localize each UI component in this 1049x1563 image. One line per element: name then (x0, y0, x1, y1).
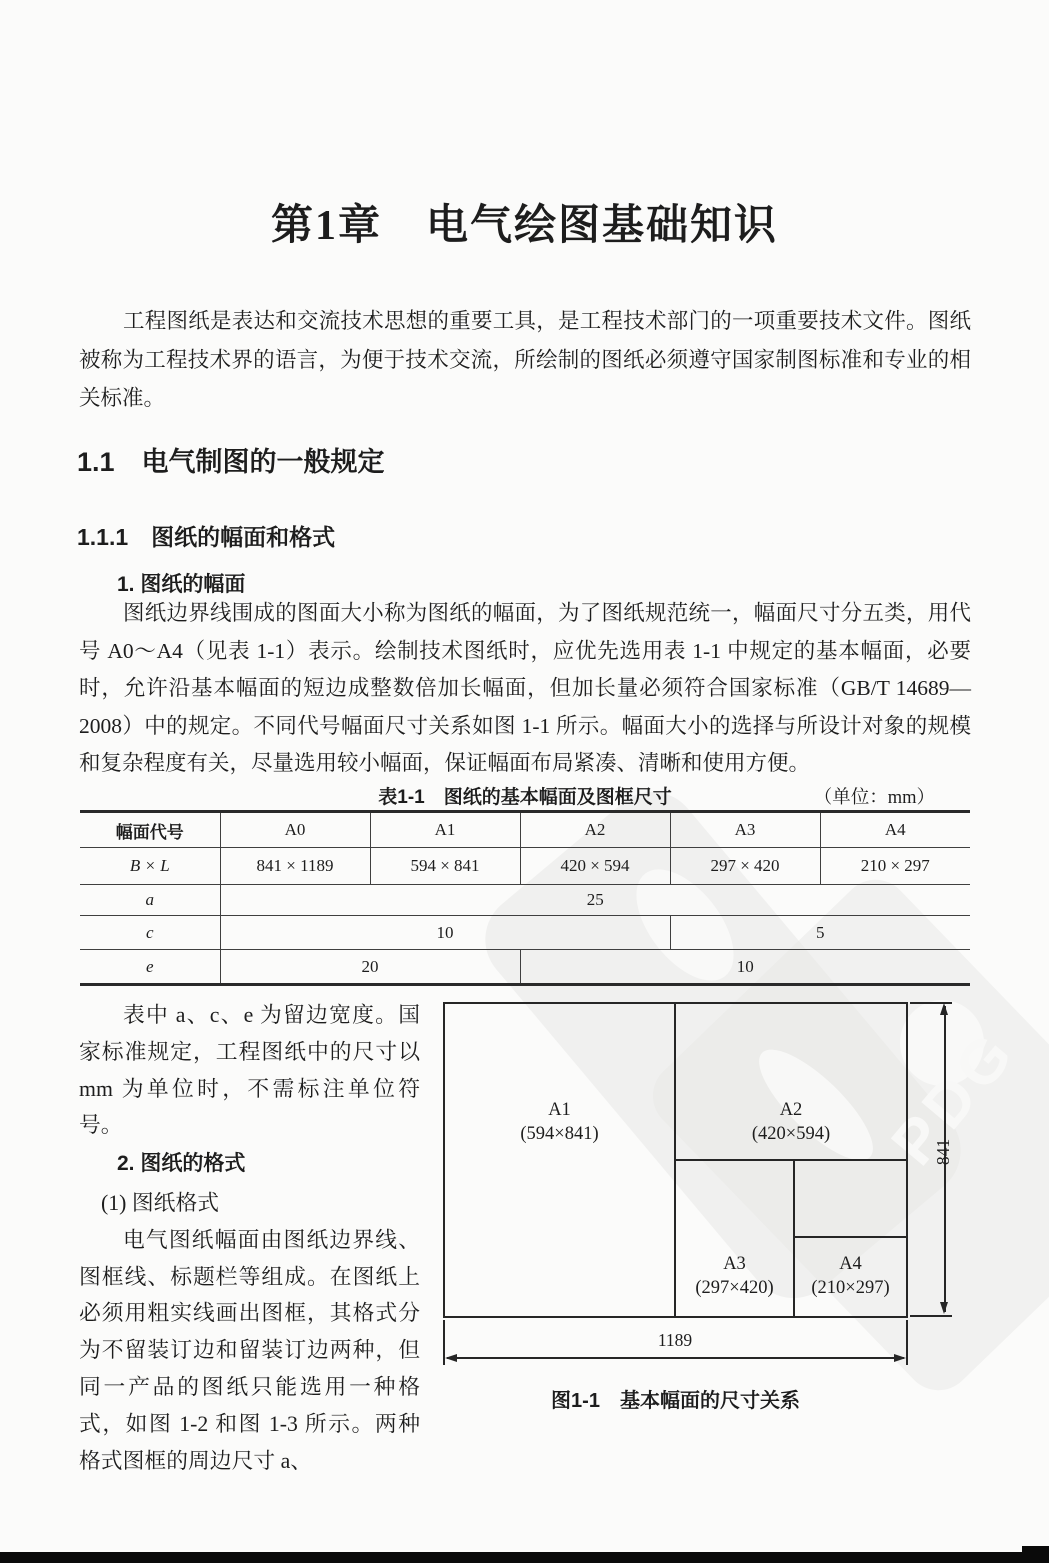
figure-sheet-outline: A1 (594×841) A2 (420×594) A3 (297×420) A… (443, 1002, 908, 1318)
sheet-code: A4 (795, 1252, 906, 1276)
table-cell: 10 (520, 950, 970, 985)
table-header-row: 幅面代号 A0 A1 A2 A3 A4 (80, 812, 970, 848)
sheet-code: A3 (676, 1252, 793, 1276)
table-header-cell: 幅面代号 (80, 812, 220, 848)
paper-size-table: 幅面代号 A0 A1 A2 A3 A4 B × L 841 × 1189 594… (80, 810, 970, 986)
table-row: c 10 5 (80, 916, 970, 950)
table-caption-row: 表1-1 图纸的基本幅面及图框尺寸 （单位：mm） (79, 782, 971, 806)
table-cell: 420 × 594 (520, 848, 670, 885)
sheet-code: A1 (445, 1098, 674, 1122)
table-cell: 25 (220, 885, 970, 916)
sheet-size: (420×594) (676, 1122, 906, 1146)
arrow-left-icon (445, 1354, 457, 1362)
intro-paragraph: 工程图纸是表达和交流技术思想的重要工具，是工程技术部门的一项重要技术文件。图纸被… (79, 302, 971, 418)
margin-widths-paragraph: 表中 a、c、e 为留边宽度。国家标准规定，工程图纸中的尺寸以 mm 为单位时，… (79, 997, 420, 1144)
table-header-cell: A3 (670, 812, 820, 848)
table-cell: 20 (220, 950, 520, 985)
sheet-code: A2 (676, 1098, 906, 1122)
table-cell: 841 × 1189 (220, 848, 370, 885)
table-cell: 297 × 420 (670, 848, 820, 885)
sheet-size: (297×420) (676, 1276, 793, 1300)
subheading-paper-format: 2. 图纸的格式 (79, 1146, 420, 1183)
figure-label-a3: A3 (297×420) (676, 1252, 793, 1300)
arrow-right-icon (894, 1354, 906, 1362)
table-cell: 10 (220, 916, 670, 950)
sheet-size: (594×841) (445, 1122, 674, 1146)
subheading-paper-size: 1. 图纸的幅面 (117, 568, 245, 598)
table-row: a 25 (80, 885, 970, 916)
table-cell: 594 × 841 (370, 848, 520, 885)
table-header-cell: A1 (370, 812, 520, 848)
section-heading-1-1-1: 1.1.1 图纸的幅面和格式 (77, 519, 335, 552)
scan-bottom-nub (1022, 1546, 1049, 1563)
left-text-column: 表中 a、c、e 为留边宽度。国家标准规定，工程图纸中的尺寸以 mm 为单位时，… (79, 997, 420, 1479)
table-cell: 210 × 297 (820, 848, 970, 885)
table-row-label: e (80, 950, 220, 985)
figure-label-a2: A2 (420×594) (676, 1098, 906, 1146)
table-row-label: a (80, 885, 220, 916)
table-header-cell: A0 (220, 812, 370, 848)
table-header-cell: A4 (820, 812, 970, 848)
dimension-extension-line (906, 1320, 908, 1365)
arrow-up-icon (940, 1003, 948, 1015)
table-units-note: （单位：mm） (814, 783, 935, 809)
table-header-cell: A2 (520, 812, 670, 848)
dimension-value-height: 841 (933, 1121, 953, 1183)
format-paragraph: 电气图纸幅面由图纸边界线、图框线、标题栏等组成。在图纸上必须用粗实线画出图框，其… (79, 1222, 420, 1480)
arrow-down-icon (940, 1302, 948, 1314)
figure-label-a1: A1 (594×841) (445, 1098, 674, 1146)
table-row-label: c (80, 916, 220, 950)
figure-label-a4: A4 (210×297) (795, 1252, 906, 1300)
format-item-label: (1) 图纸格式 (79, 1185, 420, 1222)
dimension-value-width: 1189 (580, 1330, 770, 1351)
chapter-title: 第1章 电气绘图基础知识 (0, 192, 1049, 252)
table-row: B × L 841 × 1189 594 × 841 420 × 594 297… (80, 848, 970, 885)
sheet-size: (210×297) (795, 1276, 906, 1300)
dimension-extension-line (910, 1315, 952, 1317)
table-row-label: B × L (80, 848, 220, 885)
paper-size-paragraph: 图纸边界线围成的图面大小称为图纸的幅面，为了图纸规范统一，幅面尺寸分五类，用代号… (79, 595, 971, 783)
dimension-line-width (447, 1357, 904, 1359)
scanned-book-page: PDG 第1章 电气绘图基础知识 工程图纸是表达和交流技术思想的重要工具，是工程… (0, 0, 1049, 1563)
figure-divider-line (674, 1159, 906, 1161)
figure-caption: 图1-1 基本幅面的尺寸关系 (443, 1384, 908, 1413)
figure-divider-line (793, 1236, 906, 1238)
table-cell: 5 (670, 916, 970, 950)
table-row: e 20 10 (80, 950, 970, 985)
section-heading-1-1: 1.1 电气制图的一般规定 (77, 440, 385, 479)
scan-bottom-bar (0, 1552, 1049, 1563)
